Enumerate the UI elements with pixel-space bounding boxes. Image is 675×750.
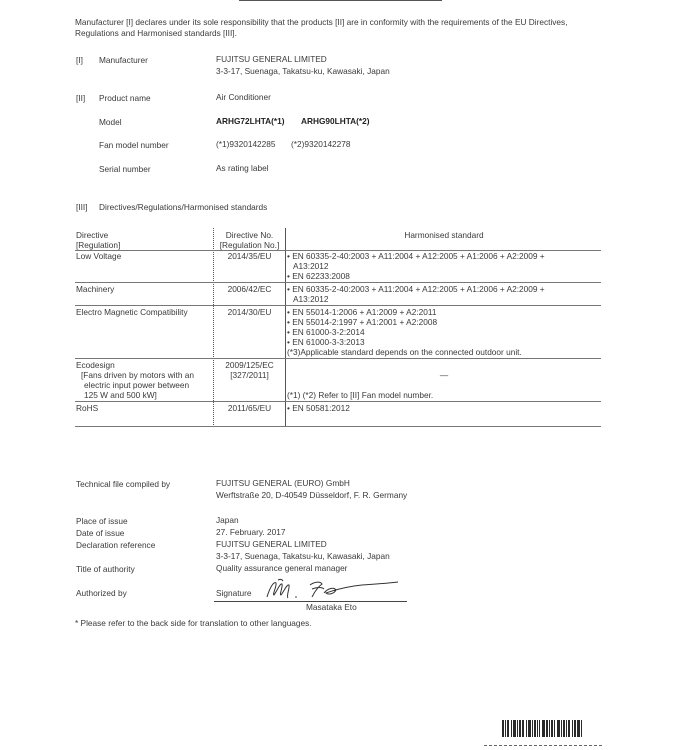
directive-name: Low Voltage	[76, 251, 121, 262]
declaration-reference-label: Declaration reference	[76, 540, 155, 550]
manufacturer-label: Manufacturer	[99, 55, 148, 65]
fan-model-label: Fan model number	[99, 140, 169, 150]
directives-section-title: Directives/Regulations/Harmonised standa…	[99, 202, 267, 212]
standard-line: A13:2012	[293, 294, 329, 305]
manufacturer-name: FUJITSU GENERAL LIMITED	[216, 54, 327, 65]
place-of-issue-value: Japan	[216, 515, 239, 526]
standard-line: • EN 50581:2012	[287, 403, 350, 414]
declaration-reference-address: 3-3-17, Suenaga, Takatsu-ku, Kawasaki, J…	[216, 551, 390, 562]
directive-detail: 125 W and 500 kW]	[84, 390, 157, 401]
fan-model-value-1: (*1)9320142285	[216, 139, 276, 150]
product-name-label: Product name	[99, 93, 151, 103]
header-regulation: [Regulation]	[76, 240, 120, 251]
directive-number: 2009/125/EC	[214, 360, 285, 371]
standard-line: • EN 55014-1:2006 + A1:2009 + A2:2011	[287, 307, 436, 318]
row-divider	[75, 305, 601, 306]
regulation-number: [327/2011]	[214, 370, 285, 381]
tech-file-address: Werftstraße 20, D-40549 Düsseldorf, F. R…	[216, 490, 407, 501]
directive-detail: [Fans driven by motors with an	[81, 370, 194, 381]
fan-model-value-2: (*2)9320142278	[291, 139, 351, 150]
directive-number: 2014/35/EU	[214, 251, 285, 262]
part-number-cropped	[484, 745, 602, 750]
date-of-issue-label: Date of issue	[76, 528, 124, 538]
date-of-issue-value: 27. February. 2017	[216, 527, 286, 538]
directive-detail: electric input power between	[84, 380, 189, 391]
standard-note: (*3)Applicable standard depends on the c…	[287, 347, 522, 358]
signer-name: Masataka Eto	[306, 602, 357, 613]
column-divider-solid	[285, 228, 286, 427]
directive-number: 2014/30/EU	[214, 307, 285, 318]
standard-line: • EN 62233:2008	[287, 271, 350, 282]
directive-name: Electro Magnetic Compatibility	[76, 307, 188, 318]
row-divider	[75, 358, 601, 359]
fan-model-note: (*1) (*2) Refer to [II] Fan model number…	[287, 390, 433, 401]
serial-number-value: As rating label	[216, 163, 269, 174]
standard-line: • EN 60335-2-40:2003 + A11:2004 + A12:20…	[287, 251, 545, 262]
handwritten-signature-icon	[262, 577, 404, 602]
model-value-2: ARHG90LHTA(*2)	[301, 116, 370, 127]
model-label: Model	[99, 117, 122, 127]
section-marker-1: [I]	[76, 55, 83, 65]
title-of-authority-label: Title of authority	[76, 564, 135, 574]
directive-name: RoHS	[76, 403, 98, 414]
directive-number: 2011/65/EU	[214, 403, 285, 414]
row-divider	[75, 282, 601, 283]
tech-file-company: FUJITSU GENERAL (EURO) GmbH	[216, 478, 350, 489]
barcode-icon	[502, 720, 601, 737]
manufacturer-address: 3-3-17, Suenaga, Takatsu-ku, Kawasaki, J…	[216, 66, 390, 77]
signature-label: Signature	[216, 588, 252, 599]
header-directive-no: Directive No.	[214, 230, 285, 241]
row-divider	[75, 401, 601, 402]
section-marker-3: [III]	[76, 202, 88, 212]
standard-line: • EN 61000-3-2:2014	[287, 327, 365, 338]
standard-line: • EN 55014-2:1997 + A1:2001 + A2:2008	[287, 317, 437, 328]
directive-name: Machinery	[76, 284, 114, 295]
serial-number-label: Serial number	[99, 164, 151, 174]
authorized-by-label: Authorized by	[76, 588, 127, 598]
product-name-value: Air Conditioner	[216, 92, 271, 103]
directive-name: Ecodesign	[76, 360, 115, 371]
title-underline	[239, 0, 442, 2]
declaration-reference-name: FUJITSU GENERAL LIMITED	[216, 539, 327, 550]
model-value-1: ARHG72LHTA(*1)	[216, 116, 285, 127]
directive-number: 2006/42/EC	[214, 284, 285, 295]
place-of-issue-label: Place of issue	[76, 516, 128, 526]
header-regulation-no: [Regulation No.]	[214, 240, 285, 251]
section-marker-2: [II]	[76, 93, 85, 103]
table-bottom-border	[75, 426, 601, 427]
standard-line: • EN 60335-2-40:2003 + A11:2004 + A12:20…	[287, 284, 545, 295]
header-directive: Directive	[76, 230, 108, 241]
no-standard-dash: —	[287, 370, 601, 381]
translation-note: * Please refer to the back side for tran…	[75, 618, 312, 629]
title-of-authority-value: Quality assurance general manager	[216, 563, 347, 574]
intro-paragraph: Manufacturer [I] declares under its sole…	[75, 17, 605, 39]
standard-line: A13:2012	[293, 261, 329, 272]
tech-file-label: Technical file compiled by	[76, 479, 170, 489]
standard-line: • EN 61000-3-3:2013	[287, 337, 365, 348]
header-harmonised-standard: Harmonised standard	[287, 230, 601, 241]
